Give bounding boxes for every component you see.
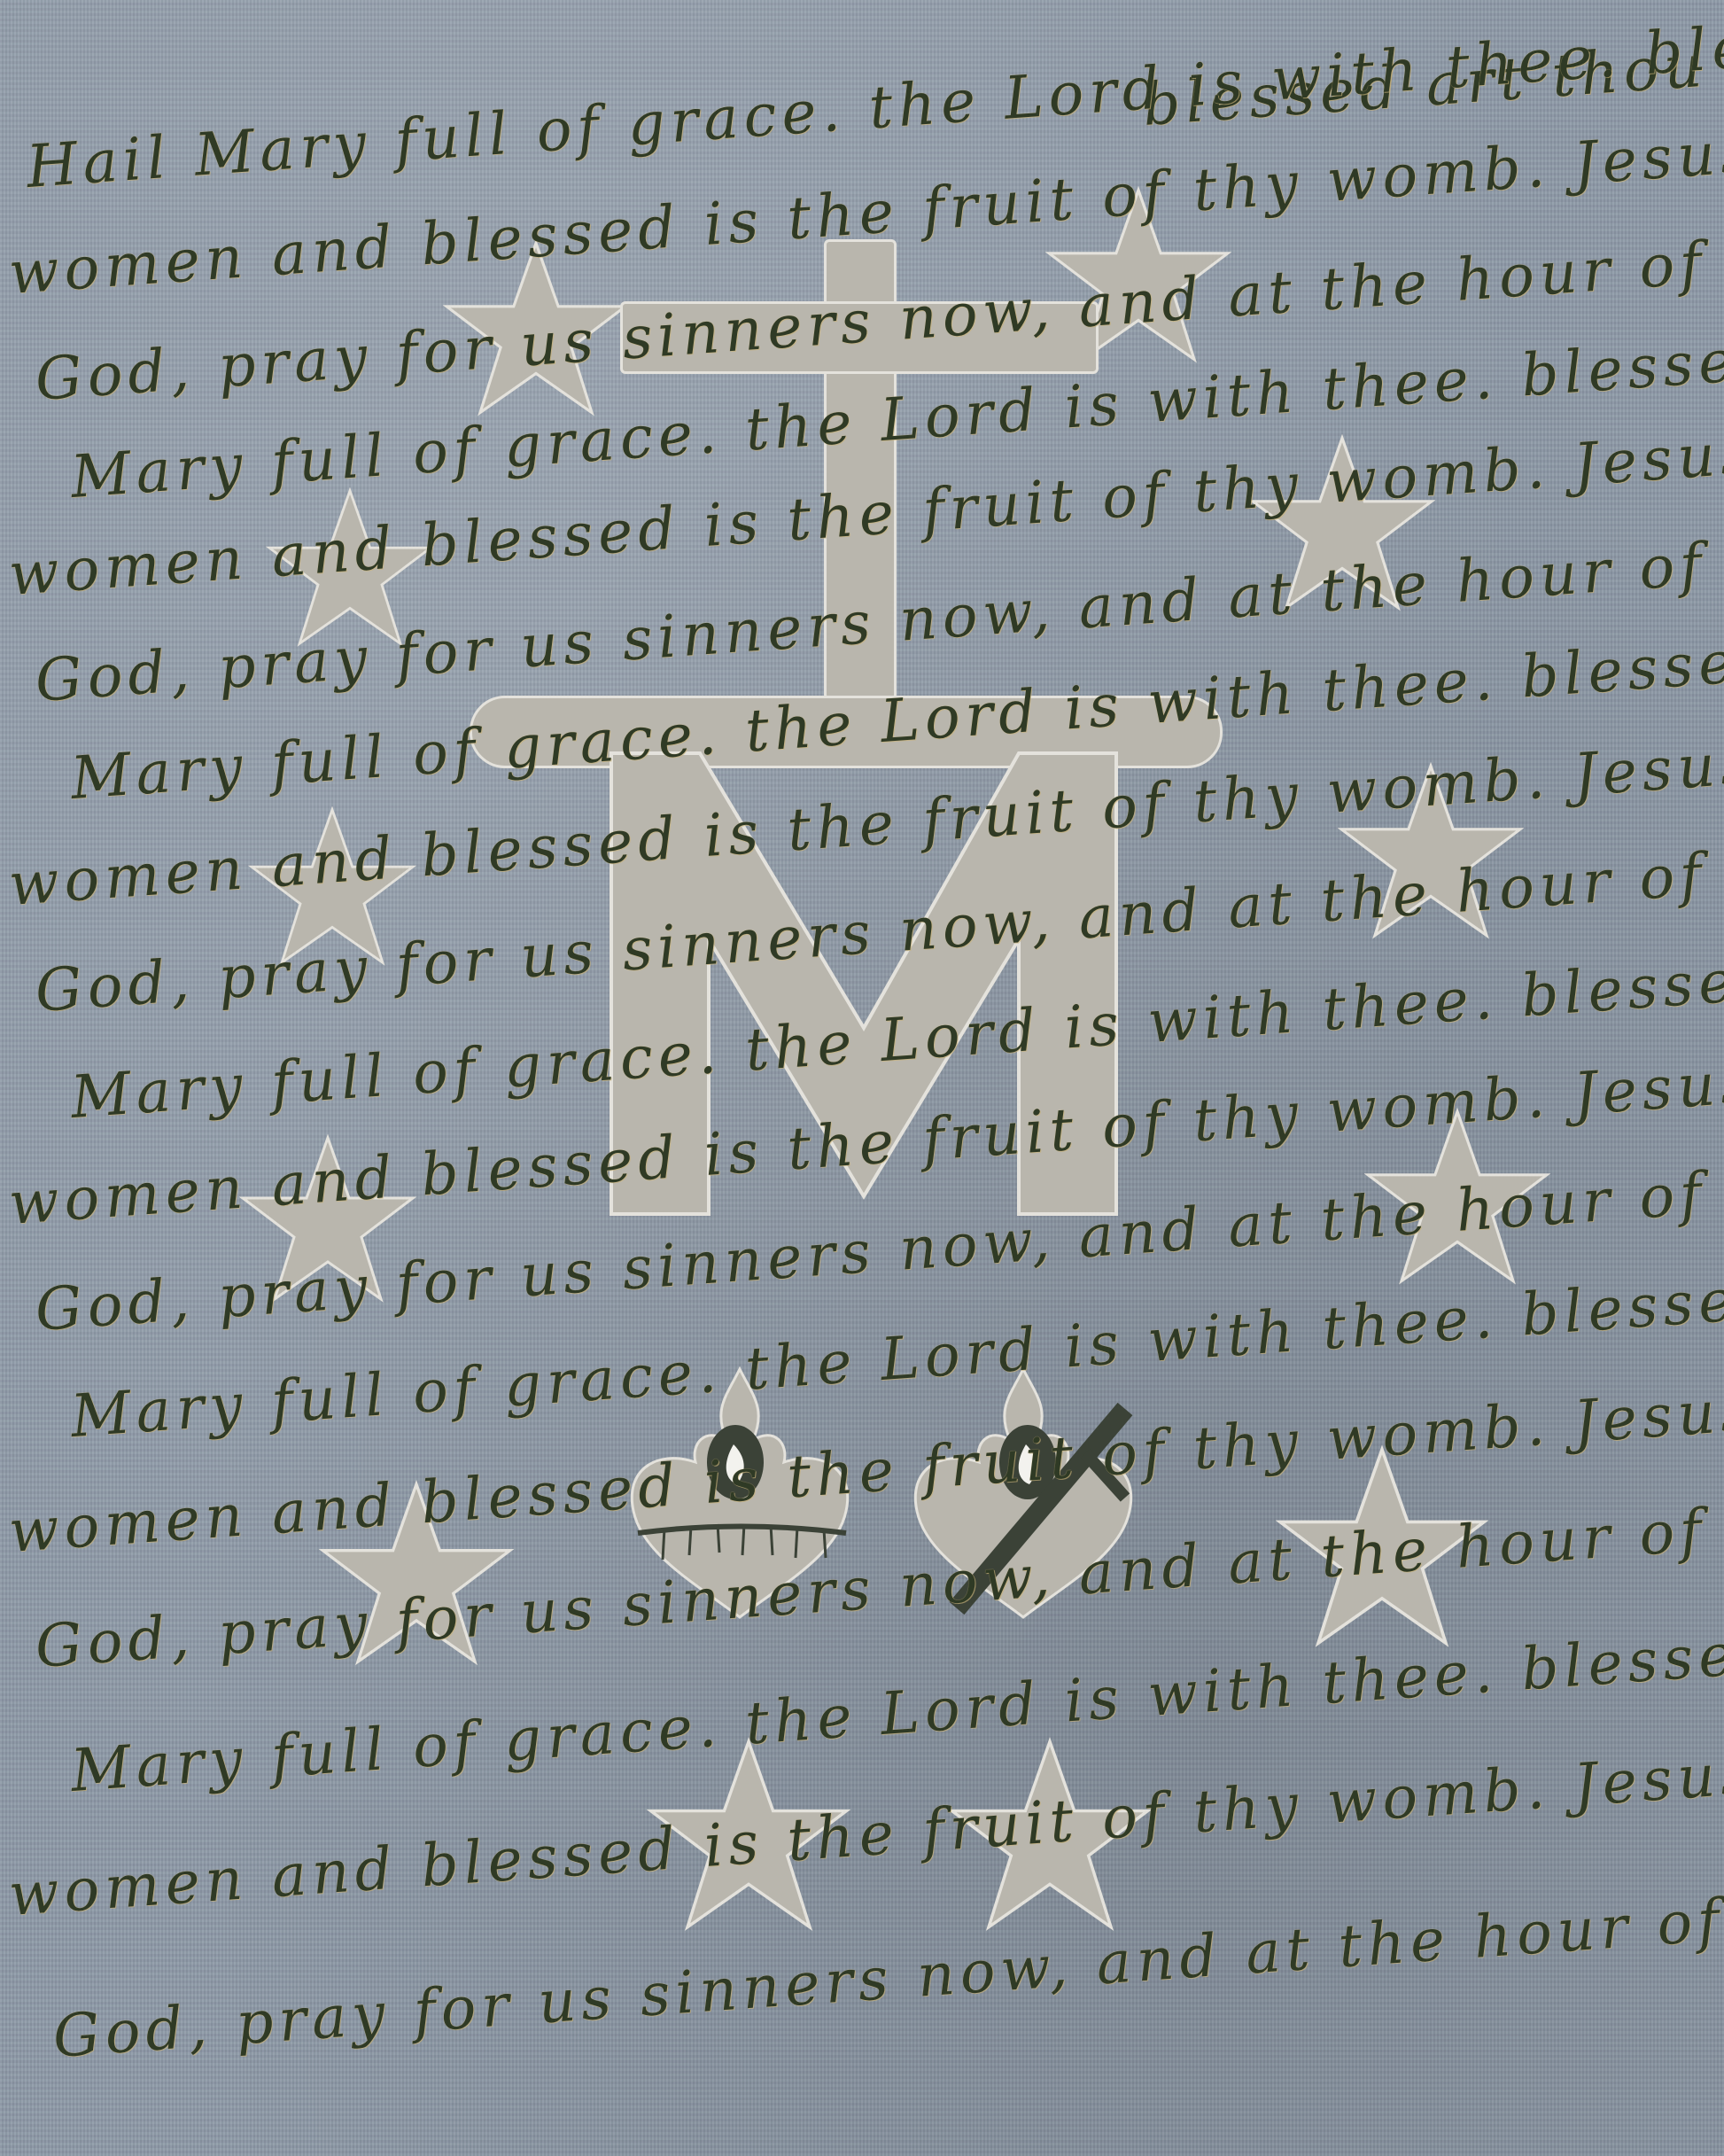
fabric-print-canvas: blessed art thou amongst Hail Mary full … bbox=[0, 0, 1724, 2156]
